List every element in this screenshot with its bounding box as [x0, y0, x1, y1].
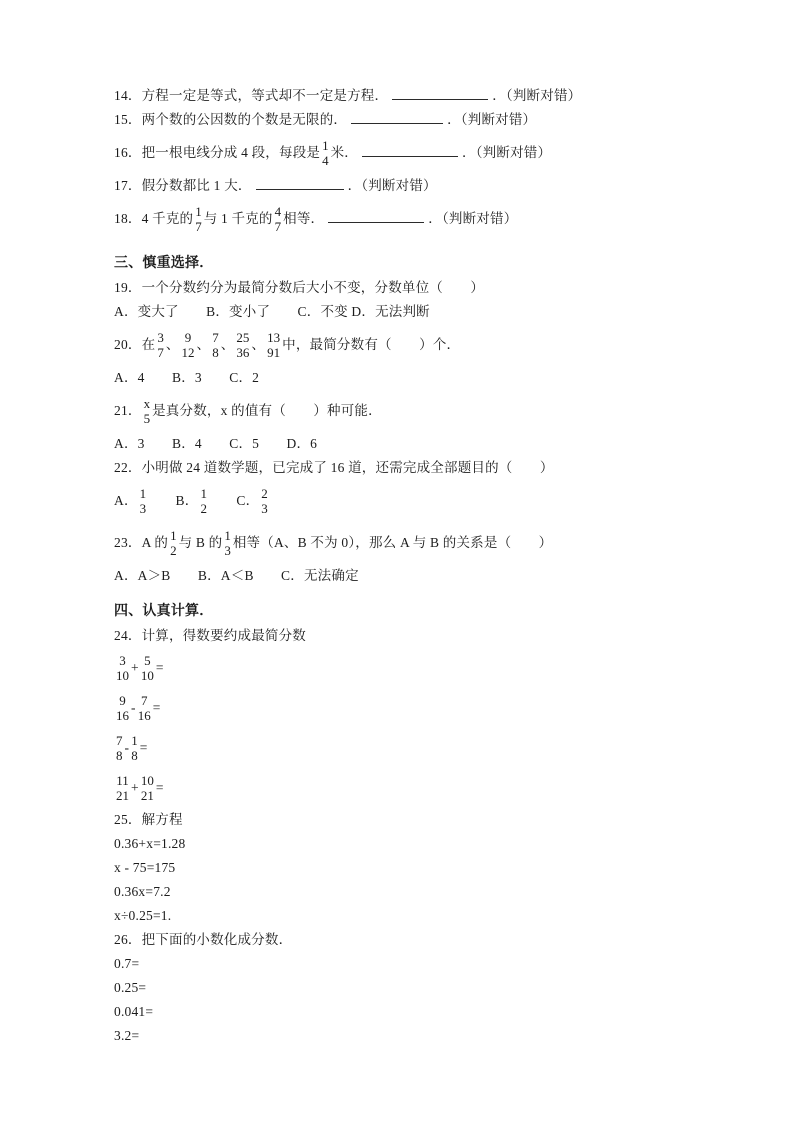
q26-item-3: 0.041= — [114, 1000, 757, 1024]
q20-text: 、 — [166, 337, 180, 352]
fraction: 14 — [322, 139, 329, 168]
fraction-denominator: 5 — [144, 412, 151, 427]
fraction-denominator: 16 — [138, 709, 151, 724]
fraction: 716 — [138, 694, 151, 723]
q24: 24．计算，得数要约成最简分数 — [114, 624, 757, 648]
q23-text: 23．A 的 — [114, 535, 168, 550]
q26-text: 26．把下面的小数化成分数． — [114, 932, 292, 947]
q24-calc-4-text: = — [156, 780, 164, 795]
q23-options-text: A．A＞B B．A＜B C．无法确定 — [114, 568, 359, 583]
q21-text: 21． — [114, 403, 142, 418]
fraction-denominator: 3 — [140, 502, 147, 517]
q22-options-text: C． — [209, 493, 259, 508]
fraction-numerator: 3 — [116, 654, 129, 669]
q21: 21．x5是真分数，x 的值有（ ）种可能． — [114, 390, 757, 432]
fraction-numerator: 2 — [261, 487, 268, 502]
fraction-denominator: 36 — [236, 346, 249, 361]
fraction-denominator: 2 — [170, 544, 177, 559]
q25-eq-2-text: x - 75=175 — [114, 860, 175, 875]
q16-text: ．（判断对错） — [462, 145, 551, 160]
fraction: 23 — [261, 487, 268, 516]
fraction-numerator: 11 — [116, 774, 129, 789]
q24-calc-4-text: + — [131, 780, 139, 795]
q21-options-text: A．3 B．4 C．5 D．6 — [114, 436, 317, 451]
q20: 20．在37、912、78、2536、1391中，最简分数有（ ）个． — [114, 324, 757, 366]
fraction-numerator: 9 — [116, 694, 129, 709]
fraction-numerator: 7 — [138, 694, 151, 709]
q25-eq-4-text: x÷0.25=1. — [114, 908, 171, 923]
fraction: 912 — [182, 331, 195, 360]
q22-options: A．13 B．12 C．23 — [114, 480, 757, 522]
q23-options: A．A＞B B．A＜B C．无法确定 — [114, 564, 757, 588]
fraction-denominator: 21 — [141, 789, 154, 804]
q24-calc-1: 310+510= — [114, 648, 757, 688]
fraction-denominator: 10 — [141, 669, 154, 684]
fraction-denominator: 8 — [116, 749, 123, 764]
q16: 16．把一根电线分成 4 段，每段是14米．．（判断对错） — [114, 132, 757, 174]
q25-eq-1-text: 0.36+x=1.28 — [114, 836, 185, 851]
q23-text: 相等（A、B 不为 0），那么 A 与 B 的关系是（ ） — [233, 535, 553, 550]
fraction-numerator: x — [144, 397, 151, 412]
q26-item-1-text: 0.7= — [114, 956, 139, 971]
q26-item-1: 0.7= — [114, 952, 757, 976]
q24-calc-3-text: - — [125, 740, 130, 755]
fraction-denominator: 7 — [275, 220, 282, 235]
q25: 25．解方程 — [114, 808, 757, 832]
fraction: 310 — [116, 654, 129, 683]
q25-text: 25．解方程 — [114, 812, 183, 827]
fraction-numerator: 1 — [140, 487, 147, 502]
fraction-numerator: 1 — [224, 529, 231, 544]
fraction: 12 — [170, 529, 177, 558]
q24-calc-2-text: - — [131, 700, 136, 715]
q16-text: 16．把一根电线分成 4 段，每段是 — [114, 145, 320, 160]
q17-text: ．（判断对错） — [348, 178, 437, 193]
q19-text: 19．一个分数约分为最简分数后大小不变，分数单位（ ） — [114, 280, 484, 295]
fraction-denominator: 21 — [116, 789, 129, 804]
q16-text: 米． — [331, 145, 358, 160]
q20-options-text: A．4 B．3 C．2 — [114, 370, 259, 385]
q26-item-2-text: 0.25= — [114, 980, 146, 995]
document-body: 14．方程一定是等式，等式却不一定是方程．．（判断对错）15．两个数的公因数的个… — [0, 0, 793, 1048]
fraction: 13 — [224, 529, 231, 558]
q14-text: ．（判断对错） — [492, 88, 581, 103]
fraction-numerator: 10 — [141, 774, 154, 789]
q25-eq-1: 0.36+x=1.28 — [114, 832, 757, 856]
fraction: 37 — [157, 331, 164, 360]
q24-calc-4: 1121+1021= — [114, 768, 757, 808]
answer-blank — [351, 111, 443, 124]
q17-text: 17．假分数都比 1 大． — [114, 178, 252, 193]
answer-blank — [362, 144, 458, 157]
q24-calc-1-text: + — [131, 660, 139, 675]
fraction-numerator: 7 — [212, 331, 219, 346]
fraction: 1021 — [141, 774, 154, 803]
q20-text: 、 — [221, 337, 235, 352]
q18-text: ．（判断对错） — [428, 211, 517, 226]
q22-options-text: B． — [148, 493, 198, 508]
q18: 18．4 千克的17与 1 千克的47相等．．（判断对错） — [114, 198, 757, 240]
q23-text: 与 B 的 — [179, 535, 223, 550]
fraction-numerator: 3 — [157, 331, 164, 346]
fraction: 510 — [141, 654, 154, 683]
q15-text: 15．两个数的公因数的个数是无限的． — [114, 112, 347, 127]
fraction-numerator: 25 — [236, 331, 249, 346]
q14: 14．方程一定是等式，等式却不一定是方程．．（判断对错） — [114, 84, 757, 108]
fraction: 916 — [116, 694, 129, 723]
fraction-numerator: 1 — [195, 205, 202, 220]
q25-eq-2: x - 75=175 — [114, 856, 757, 880]
answer-blank — [256, 177, 344, 190]
fraction: 2536 — [236, 331, 249, 360]
q24-calc-2-text: = — [153, 700, 161, 715]
q25-eq-4: x÷0.25=1. — [114, 904, 757, 928]
q15: 15．两个数的公因数的个数是无限的．．（判断对错） — [114, 108, 757, 132]
q26-item-3-text: 0.041= — [114, 1004, 153, 1019]
fraction-denominator: 3 — [261, 502, 268, 517]
q18-text: 18．4 千克的 — [114, 211, 193, 226]
fraction-numerator: 5 — [141, 654, 154, 669]
fraction: 13 — [140, 487, 147, 516]
fraction: 12 — [200, 487, 207, 516]
fraction: 78 — [212, 331, 219, 360]
q26: 26．把下面的小数化成分数． — [114, 928, 757, 952]
q24-calc-1-text: = — [156, 660, 164, 675]
fraction: 47 — [275, 205, 282, 234]
q18-text: 相等． — [283, 211, 324, 226]
q26-item-2: 0.25= — [114, 976, 757, 1000]
q14-text: 14．方程一定是等式，等式却不一定是方程． — [114, 88, 388, 103]
answer-blank — [392, 87, 488, 100]
fraction-numerator: 1 — [131, 734, 138, 749]
q19-options: A．变大了 B．变小了 C．不变 D．无法判断 — [114, 300, 757, 324]
exam-page: 14．方程一定是等式，等式却不一定是方程．．（判断对错）15．两个数的公因数的个… — [0, 0, 793, 1122]
fraction-denominator: 12 — [182, 346, 195, 361]
fraction-numerator: 7 — [116, 734, 123, 749]
fraction-numerator: 4 — [275, 205, 282, 220]
answer-blank — [328, 210, 424, 223]
fraction-denominator: 8 — [212, 346, 219, 361]
fraction-denominator: 7 — [157, 346, 164, 361]
q26-item-4: 3.2= — [114, 1024, 757, 1048]
fraction: x5 — [144, 397, 151, 426]
fraction-denominator: 7 — [195, 220, 202, 235]
q20-options: A．4 B．3 C．2 — [114, 366, 757, 390]
fraction-denominator: 10 — [116, 669, 129, 684]
q21-text: 是真分数，x 的值有（ ）种可能． — [152, 403, 382, 418]
q24-calc-2: 916-716= — [114, 688, 757, 728]
fraction-denominator: 2 — [200, 502, 207, 517]
q26-item-4-text: 3.2= — [114, 1028, 139, 1043]
q22: 22．小明做 24 道数学题，已完成了 16 道，还需完成全部题目的（ ） — [114, 456, 757, 480]
q19-options-text: A．变大了 B．变小了 C．不变 D．无法判断 — [114, 304, 430, 319]
fraction: 1121 — [116, 774, 129, 803]
fraction: 78 — [116, 734, 123, 763]
section-calc-heading: 四、认真计算． — [114, 600, 757, 624]
fraction-denominator: 16 — [116, 709, 129, 724]
q25-eq-3-text: 0.36x=7.2 — [114, 884, 171, 899]
q19: 19．一个分数约分为最简分数后大小不变，分数单位（ ） — [114, 276, 757, 300]
fraction-denominator: 91 — [267, 346, 280, 361]
q17: 17．假分数都比 1 大．．（判断对错） — [114, 174, 757, 198]
q22-options-text: A． — [114, 493, 138, 508]
q22-text: 22．小明做 24 道数学题，已完成了 16 道，还需完成全部题目的（ ） — [114, 460, 554, 475]
section-choice-heading: 三、慎重选择． — [114, 252, 757, 276]
fraction: 1391 — [267, 331, 280, 360]
fraction-numerator: 1 — [322, 139, 329, 154]
q15-text: ．（判断对错） — [447, 112, 536, 127]
q18-text: 与 1 千克的 — [204, 211, 273, 226]
fraction-denominator: 8 — [131, 749, 138, 764]
q20-text: 、 — [197, 337, 211, 352]
fraction-numerator: 13 — [267, 331, 280, 346]
fraction-numerator: 9 — [182, 331, 195, 346]
q20-text: 20．在 — [114, 337, 155, 352]
fraction: 18 — [131, 734, 138, 763]
q25-eq-3: 0.36x=7.2 — [114, 880, 757, 904]
fraction-denominator: 3 — [224, 544, 231, 559]
q24-text: 24．计算，得数要约成最简分数 — [114, 628, 306, 643]
q20-text: 、 — [251, 337, 265, 352]
q24-calc-3: 78-18= — [114, 728, 757, 768]
fraction-numerator: 1 — [200, 487, 207, 502]
q20-text: 中，最简分数有（ ）个． — [282, 337, 460, 352]
fraction-denominator: 4 — [322, 154, 329, 169]
q24-calc-3-text: = — [140, 740, 148, 755]
fraction: 17 — [195, 205, 202, 234]
q23: 23．A 的12与 B 的13相等（A、B 不为 0），那么 A 与 B 的关系… — [114, 522, 757, 564]
q21-options: A．3 B．4 C．5 D．6 — [114, 432, 757, 456]
fraction-numerator: 1 — [170, 529, 177, 544]
